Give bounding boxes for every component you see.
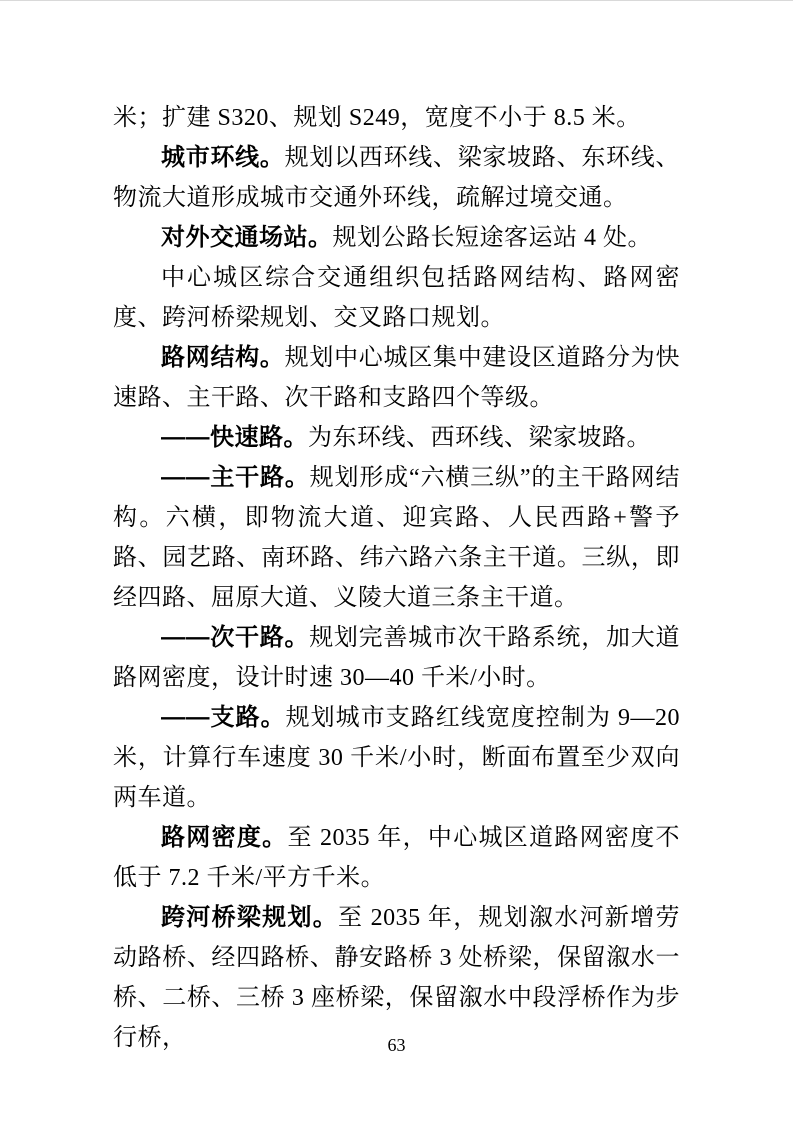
paragraph-text: 米；扩建 S320、规划 S249，宽度不小于 8.5 米。 bbox=[113, 105, 641, 131]
paragraph-text: 为东环线、西环线、梁家坡路。 bbox=[308, 425, 651, 451]
paragraph: 城市环线。规划以西环线、梁家坡路、东环线、物流大道形成城市交通外环线，疏解过境交… bbox=[113, 138, 680, 218]
paragraph: 路网结构。规划中心城区集中建设区道路分为快速路、主干路、次干路和支路四个等级。 bbox=[113, 338, 680, 418]
paragraph: 路网密度。至 2035 年，中心城区道路网密度不低于 7.2 千米/平方千米。 bbox=[113, 818, 680, 898]
page-footer: 63 bbox=[0, 1033, 793, 1057]
paragraph-lead: ——次干路。 bbox=[161, 624, 309, 651]
paragraph-lead: 路网结构。 bbox=[161, 344, 285, 371]
paragraph-lead: 路网密度。 bbox=[161, 824, 287, 851]
page-number: 63 bbox=[388, 1035, 406, 1055]
paragraph-lead: 跨河桥梁规划。 bbox=[161, 904, 338, 931]
paragraph: ——快速路。为东环线、西环线、梁家坡路。 bbox=[113, 418, 680, 458]
paragraph-lead: 城市环线。 bbox=[161, 144, 285, 171]
document-body: 米；扩建 S320、规划 S249，宽度不小于 8.5 米。 城市环线。规划以西… bbox=[113, 98, 680, 1058]
paragraph-lead: 对外交通场站。 bbox=[161, 224, 333, 251]
paragraph: ——支路。规划城市支路红线宽度控制为 9—20 米，计算行车速度 30 千米/小… bbox=[113, 698, 680, 818]
paragraph-lead: ——快速路。 bbox=[161, 424, 308, 451]
paragraph: ——主干路。规划形成“六横三纵”的主干路网结构。六横，即物流大道、迎宾路、人民西… bbox=[113, 458, 680, 618]
paragraph-lead: ——主干路。 bbox=[161, 464, 310, 491]
paragraph-text: 规划公路长短途客运站 4 处。 bbox=[333, 225, 653, 251]
document-page: 米；扩建 S320、规划 S249，宽度不小于 8.5 米。 城市环线。规划以西… bbox=[0, 0, 793, 1122]
paragraph: 米；扩建 S320、规划 S249，宽度不小于 8.5 米。 bbox=[113, 98, 680, 138]
paragraph: 中心城区综合交通组织包括路网结构、路网密度、跨河桥梁规划、交叉路口规划。 bbox=[113, 258, 680, 338]
paragraph-text: 中心城区综合交通组织包括路网结构、路网密度、跨河桥梁规划、交叉路口规划。 bbox=[113, 265, 680, 331]
paragraph: 对外交通场站。规划公路长短途客运站 4 处。 bbox=[113, 218, 680, 258]
paragraph-lead: ——支路。 bbox=[161, 704, 286, 731]
paragraph: ——次干路。规划完善城市次干路系统，加大道路网密度，设计时速 30—40 千米/… bbox=[113, 618, 680, 698]
